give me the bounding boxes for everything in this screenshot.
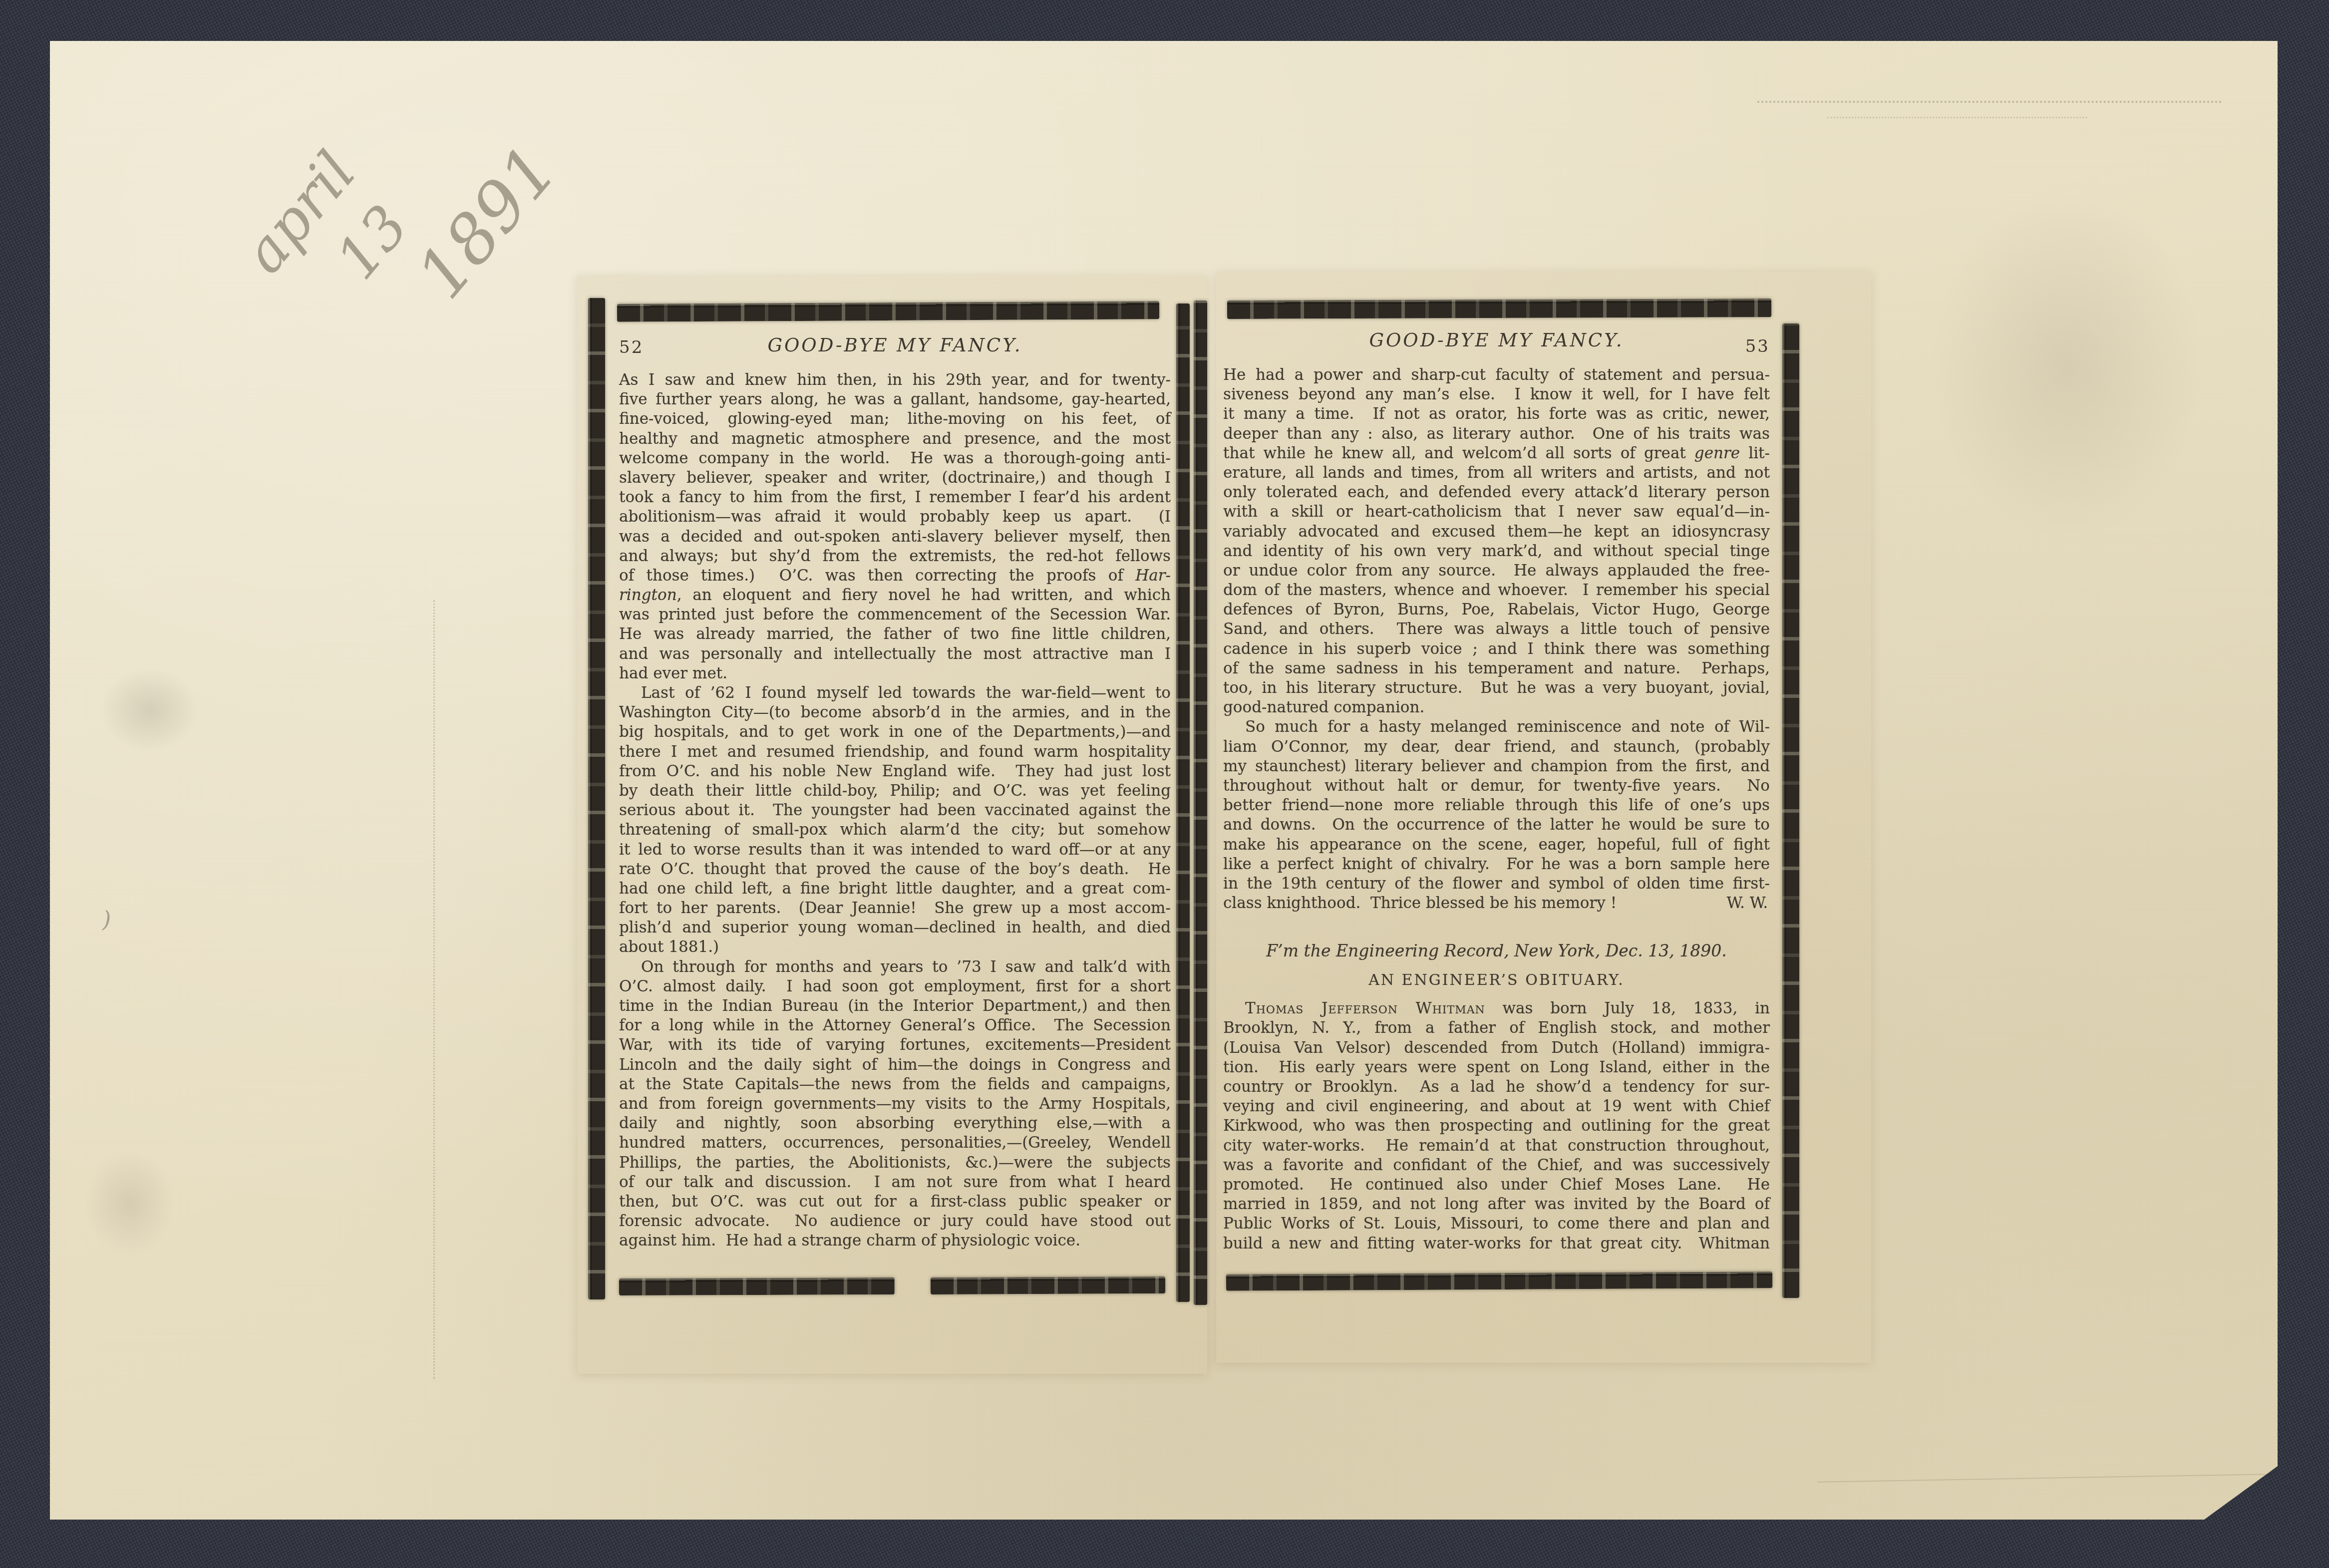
text-line: O’C. almost daily. I had soon got employ… [619,977,1171,996]
right-page-right-rule [1782,323,1799,1298]
text-line: liam O’Connor, my dear, dear friend, and… [1223,737,1770,757]
text-line: for a long while in the Attorney General… [619,1016,1171,1035]
text-line: by death their little child-boy, Philip;… [619,781,1171,801]
text-line: better friend—none more reliable through… [1223,796,1770,815]
text-line: Lincoln and the daily sight of him—the d… [619,1055,1171,1075]
text-line: rate O’C. thought that proved the cause … [619,860,1171,879]
text-line: and downs. On the occurrence of the latt… [1223,815,1770,835]
right-page-bottom-rule [1226,1271,1772,1291]
text-line: abolitionism—was afraid it would probabl… [619,507,1171,527]
text-line: and was personally and intellectually th… [619,644,1171,664]
left-page-header: 52 GOOD-BYE MY FANCY. [619,334,1171,359]
text-line: Washington City—(to become absorb’d in t… [619,703,1171,722]
text-line: too, in his literary structure. But he w… [1223,678,1770,698]
text-line: forensic advocate. No audience or jury c… [619,1212,1171,1231]
text-line: He was already married, the father of tw… [619,625,1171,644]
text-line: married in 1859, and not long after was … [1223,1195,1770,1214]
paragraph: On through for months and years to ’73 I… [619,957,1171,1251]
paragraph: So much for a hasty melanged reminiscenc… [1223,717,1770,913]
text-line: and identity of his own very mark’d, and… [1223,542,1770,561]
text-line: of the same sadness in his temperament a… [1223,659,1770,678]
text-line: it led to worse results than it was inte… [619,840,1171,860]
text-line: and from foreign governments—my visits t… [619,1094,1171,1114]
text-line: cadence in his superb voice ; and I thin… [1223,639,1770,659]
text-line: and always; but shy’d from the extremist… [619,547,1171,566]
text-line: tion. His early years were spent on Long… [1223,1058,1770,1077]
text-line: Kirkwood, who was then prospecting and o… [1223,1116,1770,1136]
text-line: threatening of small-pox which alarm’d t… [619,820,1171,840]
left-page-bottom-rule-b [931,1276,1165,1294]
text-line: was printed just before the commencement… [619,605,1171,625]
text-line: promoted. He continued also under Chief … [1223,1175,1770,1195]
left-page-left-rule [588,298,605,1299]
handwritten-date-note: april 13 1891 [215,36,571,400]
text-line: took a fancy to him from the first, I re… [619,488,1171,507]
paper-smudge [65,1129,195,1279]
text-line: hundred matters, occurrences, personalit… [619,1133,1171,1153]
text-line: my staunchest) literary believer and cha… [1223,757,1770,776]
text-line: rington, an eloquent and fiery novel he … [619,586,1171,605]
text-line: Phillips, the parties, the Abolitionists… [619,1153,1171,1173]
text-line: Public Works of St. Louis, Missouri, to … [1223,1214,1770,1234]
paragraph: Thomas Jefferson Whitman was born July 1… [1223,999,1770,1253]
left-running-header: GOOD-BYE MY FANCY. [619,334,1171,356]
text-line: Brooklyn, N. Y., from a father of Englis… [1223,1018,1770,1038]
pencil-stray-mark: ) [102,907,111,933]
right-page-top-rule [1227,299,1771,319]
text-line: country or Brooklyn. As a lad he show’d … [1223,1077,1770,1097]
ink-offset-ghost-line [1757,101,2222,103]
text-line: then, but O’C. was cut out for a first-c… [619,1192,1171,1212]
text-line: it many a time. If not as orator, his fo… [1223,404,1770,424]
text-line: like a perfect knight of chivalry. For h… [1223,855,1770,874]
text-line: War, with its tide of varying fortunes, … [619,1035,1171,1055]
right-running-header: GOOD-BYE MY FANCY. [1223,329,1770,351]
text-line: fort to her parents. (Dear Jeannie! She … [619,899,1171,918]
text-line: siveness beyond any man’s else. I know i… [1223,385,1770,404]
scanned-page: april 13 1891 ) 52 GOOD-BYE MY FANCY. As… [50,41,2278,1520]
text-line: five further years along, he was a galla… [619,390,1171,409]
right-page-memoir-text: He had a power and sharp-cut faculty of … [1223,365,1770,913]
text-line: was a decided and out-spoken anti-slaver… [619,527,1171,547]
text-line: healthy and magnetic atmosphere and pres… [619,429,1171,449]
text-line: or undue color from any source. He alway… [1223,561,1770,581]
text-line: city water-works. He remain’d at that co… [1223,1136,1770,1156]
text-line: from O’C. and his noble New England wife… [619,762,1171,781]
text-line: time in the Indian Bureau (in the Interi… [619,996,1171,1016]
left-page-bottom-rule-a [619,1277,895,1295]
text-line: serious about it. The youngster had been… [619,801,1171,820]
text-line: was a favorite and confidant of the Chie… [1223,1156,1770,1175]
right-page-number: 53 [1745,336,1770,356]
text-line: He had a power and sharp-cut faculty of … [1223,365,1770,385]
text-line: variably advocated and excused them—he k… [1223,522,1770,542]
left-page-top-rule [617,301,1159,322]
text-line: of those times.) O’C. was then correctin… [619,566,1171,586]
text-line: of our talk and discussion. I am not sur… [619,1173,1171,1192]
ink-offset-smudge [1877,126,2257,605]
obituary-text: Thomas Jefferson Whitman was born July 1… [1223,999,1770,1253]
fold-crease [1817,1474,2267,1483]
scan-viewport: april 13 1891 ) 52 GOOD-BYE MY FANCY. As… [0,0,2329,1568]
left-page-number: 52 [619,337,644,357]
text-line: Last of ’62 I found myself led towards t… [619,683,1171,703]
text-line: erature, all lands and times, from all w… [1223,463,1770,483]
text-line: deeper than any : also, as literary auth… [1223,424,1770,444]
obituary-heading: AN ENGINEER’S OBITUARY. [1223,971,1770,989]
text-line: fine-voiced, glowing-eyed man; lithe-mov… [619,409,1171,429]
paragraph: Last of ’62 I found myself led towards t… [619,683,1171,957]
text-line: welcome company in the world. He was a t… [619,449,1171,468]
text-line: slavery believer, speaker and writer, (d… [619,468,1171,488]
center-gutter-rule-a [1176,304,1190,1302]
text-line: at the State Capitals—the news from the … [619,1075,1171,1094]
text-line: Sand, and others. There was always a lit… [1223,620,1770,639]
text-line: Thomas Jefferson Whitman was born July 1… [1223,999,1770,1018]
text-line: daily and nightly, soon absorbing everyt… [619,1114,1171,1133]
text-line: there I met and resumed friendship, and … [619,742,1171,762]
text-line: big hospitals, and to get work in one of… [619,722,1171,742]
text-line: So much for a hasty melanged reminiscenc… [1223,717,1770,737]
text-line: throughout without halt or demur, for tw… [1223,776,1770,796]
text-line: dom of the masters, whence and whoever. … [1223,581,1770,600]
paragraph: As I saw and knew him then, in his 29th … [619,370,1171,683]
text-line: that while he knew all, and welcom’d all… [1223,444,1770,463]
text-line: veying and civil engineering, and about … [1223,1097,1770,1116]
text-line: As I saw and knew him then, in his 29th … [619,370,1171,390]
fold-crease [433,600,435,1379]
paragraph: He had a power and sharp-cut faculty of … [1223,365,1770,717]
obituary-source-line: F’m the Engineering Record, New York, De… [1223,941,1770,960]
text-line: build a new and fitting water-works for … [1223,1234,1770,1254]
right-page-body: He had a power and sharp-cut faculty of … [1223,365,1770,1254]
left-page-body: As I saw and knew him then, in his 29th … [619,370,1171,1251]
text-line: in the 19th century of the flower and sy… [1223,874,1770,894]
text-line: plish’d and superior young woman—decline… [619,918,1171,938]
text-line: (Louisa Van Velsor) descended from Dutch… [1223,1038,1770,1058]
text-line: with a skill or heart-catholicism that I… [1223,502,1770,522]
text-line: only tolerated each, and defended every … [1223,483,1770,502]
text-line: defences of Byron, Burns, Poe, Rabelais,… [1223,600,1770,620]
paper-smudge [80,650,220,770]
ink-offset-ghost-line [1827,117,2087,118]
text-line: make his appearance on the scene, eager,… [1223,835,1770,855]
text-line: On through for months and years to ’73 I… [619,957,1171,977]
text-line: had one child left, a fine bright little… [619,879,1171,899]
center-gutter-rule-b [1194,301,1207,1305]
right-page-header: GOOD-BYE MY FANCY. 53 [1223,329,1770,354]
